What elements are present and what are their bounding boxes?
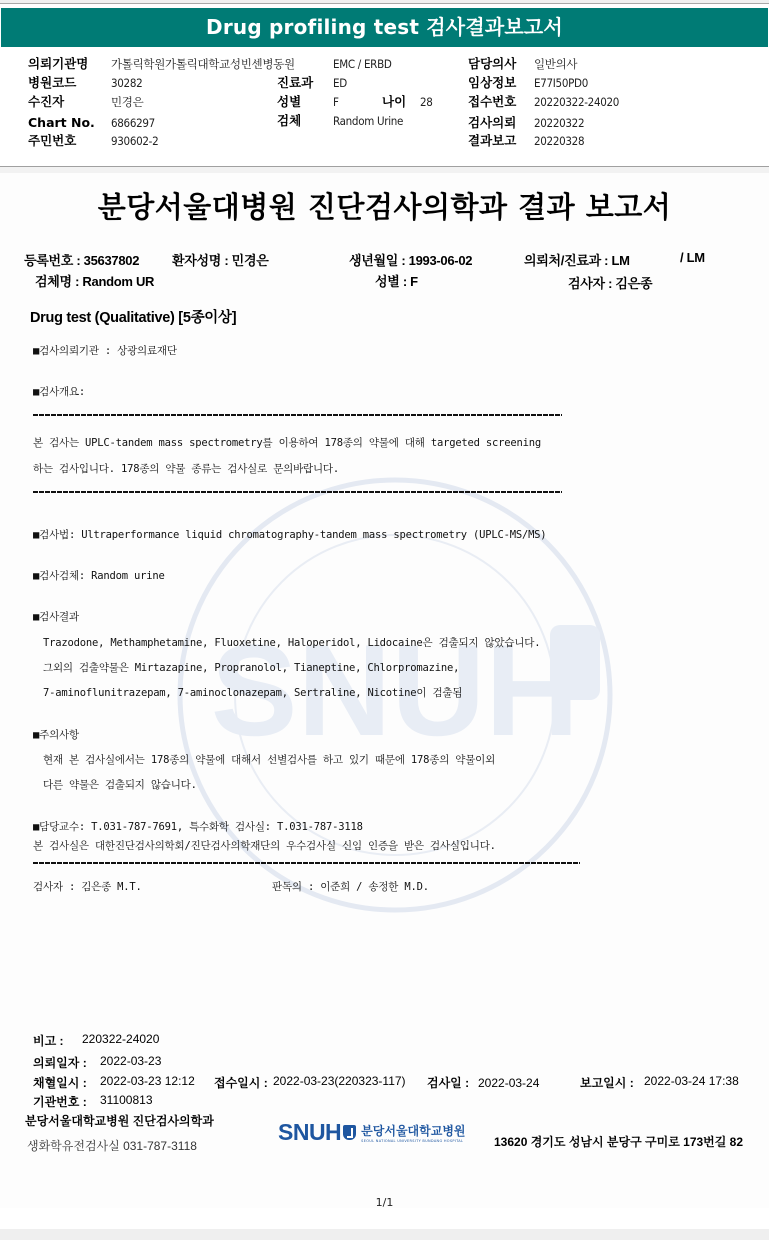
shield-icon bbox=[343, 1125, 356, 1140]
label-hospital-code: 병원코드 bbox=[28, 75, 76, 91]
value-receipt-number: 20220322-24020 bbox=[534, 94, 619, 110]
label-test-request: 검사의뢰 bbox=[468, 115, 516, 131]
top-border bbox=[0, 0, 769, 4]
value-department: ED bbox=[333, 75, 347, 91]
value-age: 28 bbox=[420, 94, 433, 110]
referring-department-2: / LM bbox=[680, 250, 705, 265]
test-date-label: 검사일 : bbox=[427, 1076, 469, 1090]
specimen-name: 검체명 : Random UR bbox=[35, 271, 154, 290]
value-ward: EMC / ERBD bbox=[333, 56, 392, 72]
overview-line-1: 본 검사는 UPLC-tandem mass spectrometry를 이용하… bbox=[33, 435, 541, 450]
value-resident-number: 930602-2 bbox=[111, 133, 158, 149]
label-result-report: 결과보고 bbox=[468, 133, 516, 149]
page-number: 1/1 bbox=[0, 1196, 769, 1209]
result-line-1: Trazodone, Methamphetamine, Fluoxetine, … bbox=[43, 635, 540, 650]
contact-info: ■담당교수: T.031-787-7691, 특수화학 검사실: T.031-7… bbox=[33, 819, 363, 834]
label-clinical-info: 임상정보 bbox=[468, 75, 516, 91]
dashed-divider bbox=[33, 862, 580, 864]
report-time-value: 2022-03-24 17:38 bbox=[644, 1074, 739, 1088]
hospital-address: 13620 경기도 성남시 분당구 구미로 173번길 82 bbox=[494, 1135, 743, 1149]
logo-english-name: SEOUL NATIONAL UNIVERSITY BUNDANG HOSPIT… bbox=[361, 1139, 465, 1143]
dashed-divider bbox=[33, 414, 562, 416]
label-referring-institution: 의뢰기관명 bbox=[28, 56, 88, 72]
label-chart-no: Chart No. bbox=[28, 115, 95, 131]
collection-time-label: 채혈일시 : bbox=[33, 1076, 87, 1090]
lab-phone: 생화학유전검사실 031-787-3118 bbox=[27, 1137, 197, 1154]
overview-heading: ■검사개요: bbox=[33, 384, 85, 399]
collection-time-value: 2022-03-23 12:12 bbox=[100, 1074, 195, 1088]
bottom-bar bbox=[0, 1229, 769, 1240]
receipt-time-label: 접수일시 : bbox=[214, 1076, 268, 1090]
request-date-label: 의뢰일자 : bbox=[33, 1056, 87, 1070]
request-date-value: 2022-03-23 bbox=[100, 1054, 161, 1068]
remark-value: 220322-24020 bbox=[82, 1032, 159, 1046]
dashed-divider bbox=[33, 491, 562, 493]
value-sex: F bbox=[333, 94, 339, 110]
caution-line-1: 현재 본 검사실에서는 178종의 약물에 대해서 선별검사를 하고 있기 때문… bbox=[43, 752, 495, 767]
result-heading: ■검사결과 bbox=[33, 609, 79, 624]
caution-line-2: 다른 약물은 검출되지 않습니다. bbox=[43, 777, 197, 792]
report-title: 분당서울대병원 진단검사의학과 결과 보고서 bbox=[0, 185, 769, 226]
date-of-birth: 생년월일 : 1993-06-02 bbox=[349, 250, 472, 269]
test-method: ■검사법: Ultraperformance liquid chromatogr… bbox=[33, 527, 546, 542]
order-info-grid: 의뢰기관명 가톨릭학원가톨릭대학교성빈센병동원 EMC / ERBD 담당의사 … bbox=[0, 54, 769, 149]
test-date-value: 2022-03-24 bbox=[478, 1076, 539, 1090]
reader-signature: 판독의 : 이준희 / 송정한 M.D. bbox=[272, 879, 429, 894]
value-test-request: 20220322 bbox=[534, 115, 584, 131]
label-attending-doctor: 담당의사 bbox=[468, 56, 516, 72]
referring-department: 의뢰처/진료과 : LM bbox=[524, 250, 630, 269]
certification-note: 본 검사실은 대한진단검사의학회/진단검사의학재단의 우수검사실 신임 인증을 … bbox=[33, 838, 496, 853]
institution-number-label: 기관번호 : bbox=[33, 1095, 87, 1109]
label-specimen: 검체 bbox=[277, 113, 301, 129]
result-line-3: 7-aminoflunitrazepam, 7-aminoclonazepam,… bbox=[43, 685, 462, 700]
value-clinical-info: E77I50PD0 bbox=[534, 75, 588, 91]
value-hospital-code: 30282 bbox=[111, 75, 142, 91]
label-department: 진료과 bbox=[277, 75, 313, 91]
test-specimen: ■검사검체: Random urine bbox=[33, 568, 165, 583]
value-chart-no: 6866297 bbox=[111, 115, 155, 131]
tester-name: 검사자 : 김은종 bbox=[568, 273, 652, 292]
value-result-report: 20220328 bbox=[534, 133, 584, 149]
institution-number-value: 31100813 bbox=[100, 1093, 153, 1107]
label-resident-number: 주민번호 bbox=[28, 133, 76, 149]
remark-label: 비고 : bbox=[33, 1034, 64, 1048]
snuh-logo: SNUH 분당서울대학교병원 SEOUL NATIONAL UNIVERSITY… bbox=[278, 1117, 466, 1147]
value-referring-institution: 가톨릭학원가톨릭대학교성빈센병동원 bbox=[111, 56, 295, 72]
logo-korean-name: 분당서울대학교병원 bbox=[361, 1122, 465, 1139]
result-line-2: 그외의 검출약물은 Mirtazapine, Propranolol, Tian… bbox=[43, 660, 459, 675]
report-time-label: 보고일시 : bbox=[580, 1076, 634, 1090]
tester-signature: 검사자 : 김은종 M.T. bbox=[33, 879, 142, 894]
logo-text: SNUH bbox=[278, 1119, 341, 1146]
label-receipt-number: 접수번호 bbox=[468, 94, 516, 110]
receipt-time-value: 2022-03-23(220323-117) bbox=[273, 1074, 406, 1088]
value-attending-doctor: 일반의사 bbox=[534, 56, 577, 72]
label-sex: 성별 bbox=[277, 94, 301, 110]
report-banner-title: Drug profiling test 검사결과보고서 bbox=[1, 8, 768, 47]
requesting-institution: ■검사의뢰기관 : 상광의료재단 bbox=[33, 343, 177, 358]
lab-department: 분당서울대학교병원 진단검사의학과 bbox=[25, 1114, 214, 1128]
label-age: 나이 bbox=[382, 94, 406, 110]
caution-heading: ■주의사항 bbox=[33, 727, 79, 742]
test-name: Drug test (Qualitative) [5종이상] bbox=[30, 306, 236, 327]
patient-name: 환자성명 : 민경은 bbox=[172, 250, 268, 269]
patient-sex: 성별 : F bbox=[375, 271, 418, 290]
registration-number: 등록번호 : 35637802 bbox=[24, 250, 139, 269]
label-patient: 수진자 bbox=[28, 94, 64, 110]
overview-line-2: 하는 검사입니다. 178종의 약물 종류는 검사실로 문의바랍니다. bbox=[33, 461, 339, 476]
value-specimen: Random Urine bbox=[333, 113, 403, 129]
value-patient: 민경은 bbox=[111, 94, 143, 110]
